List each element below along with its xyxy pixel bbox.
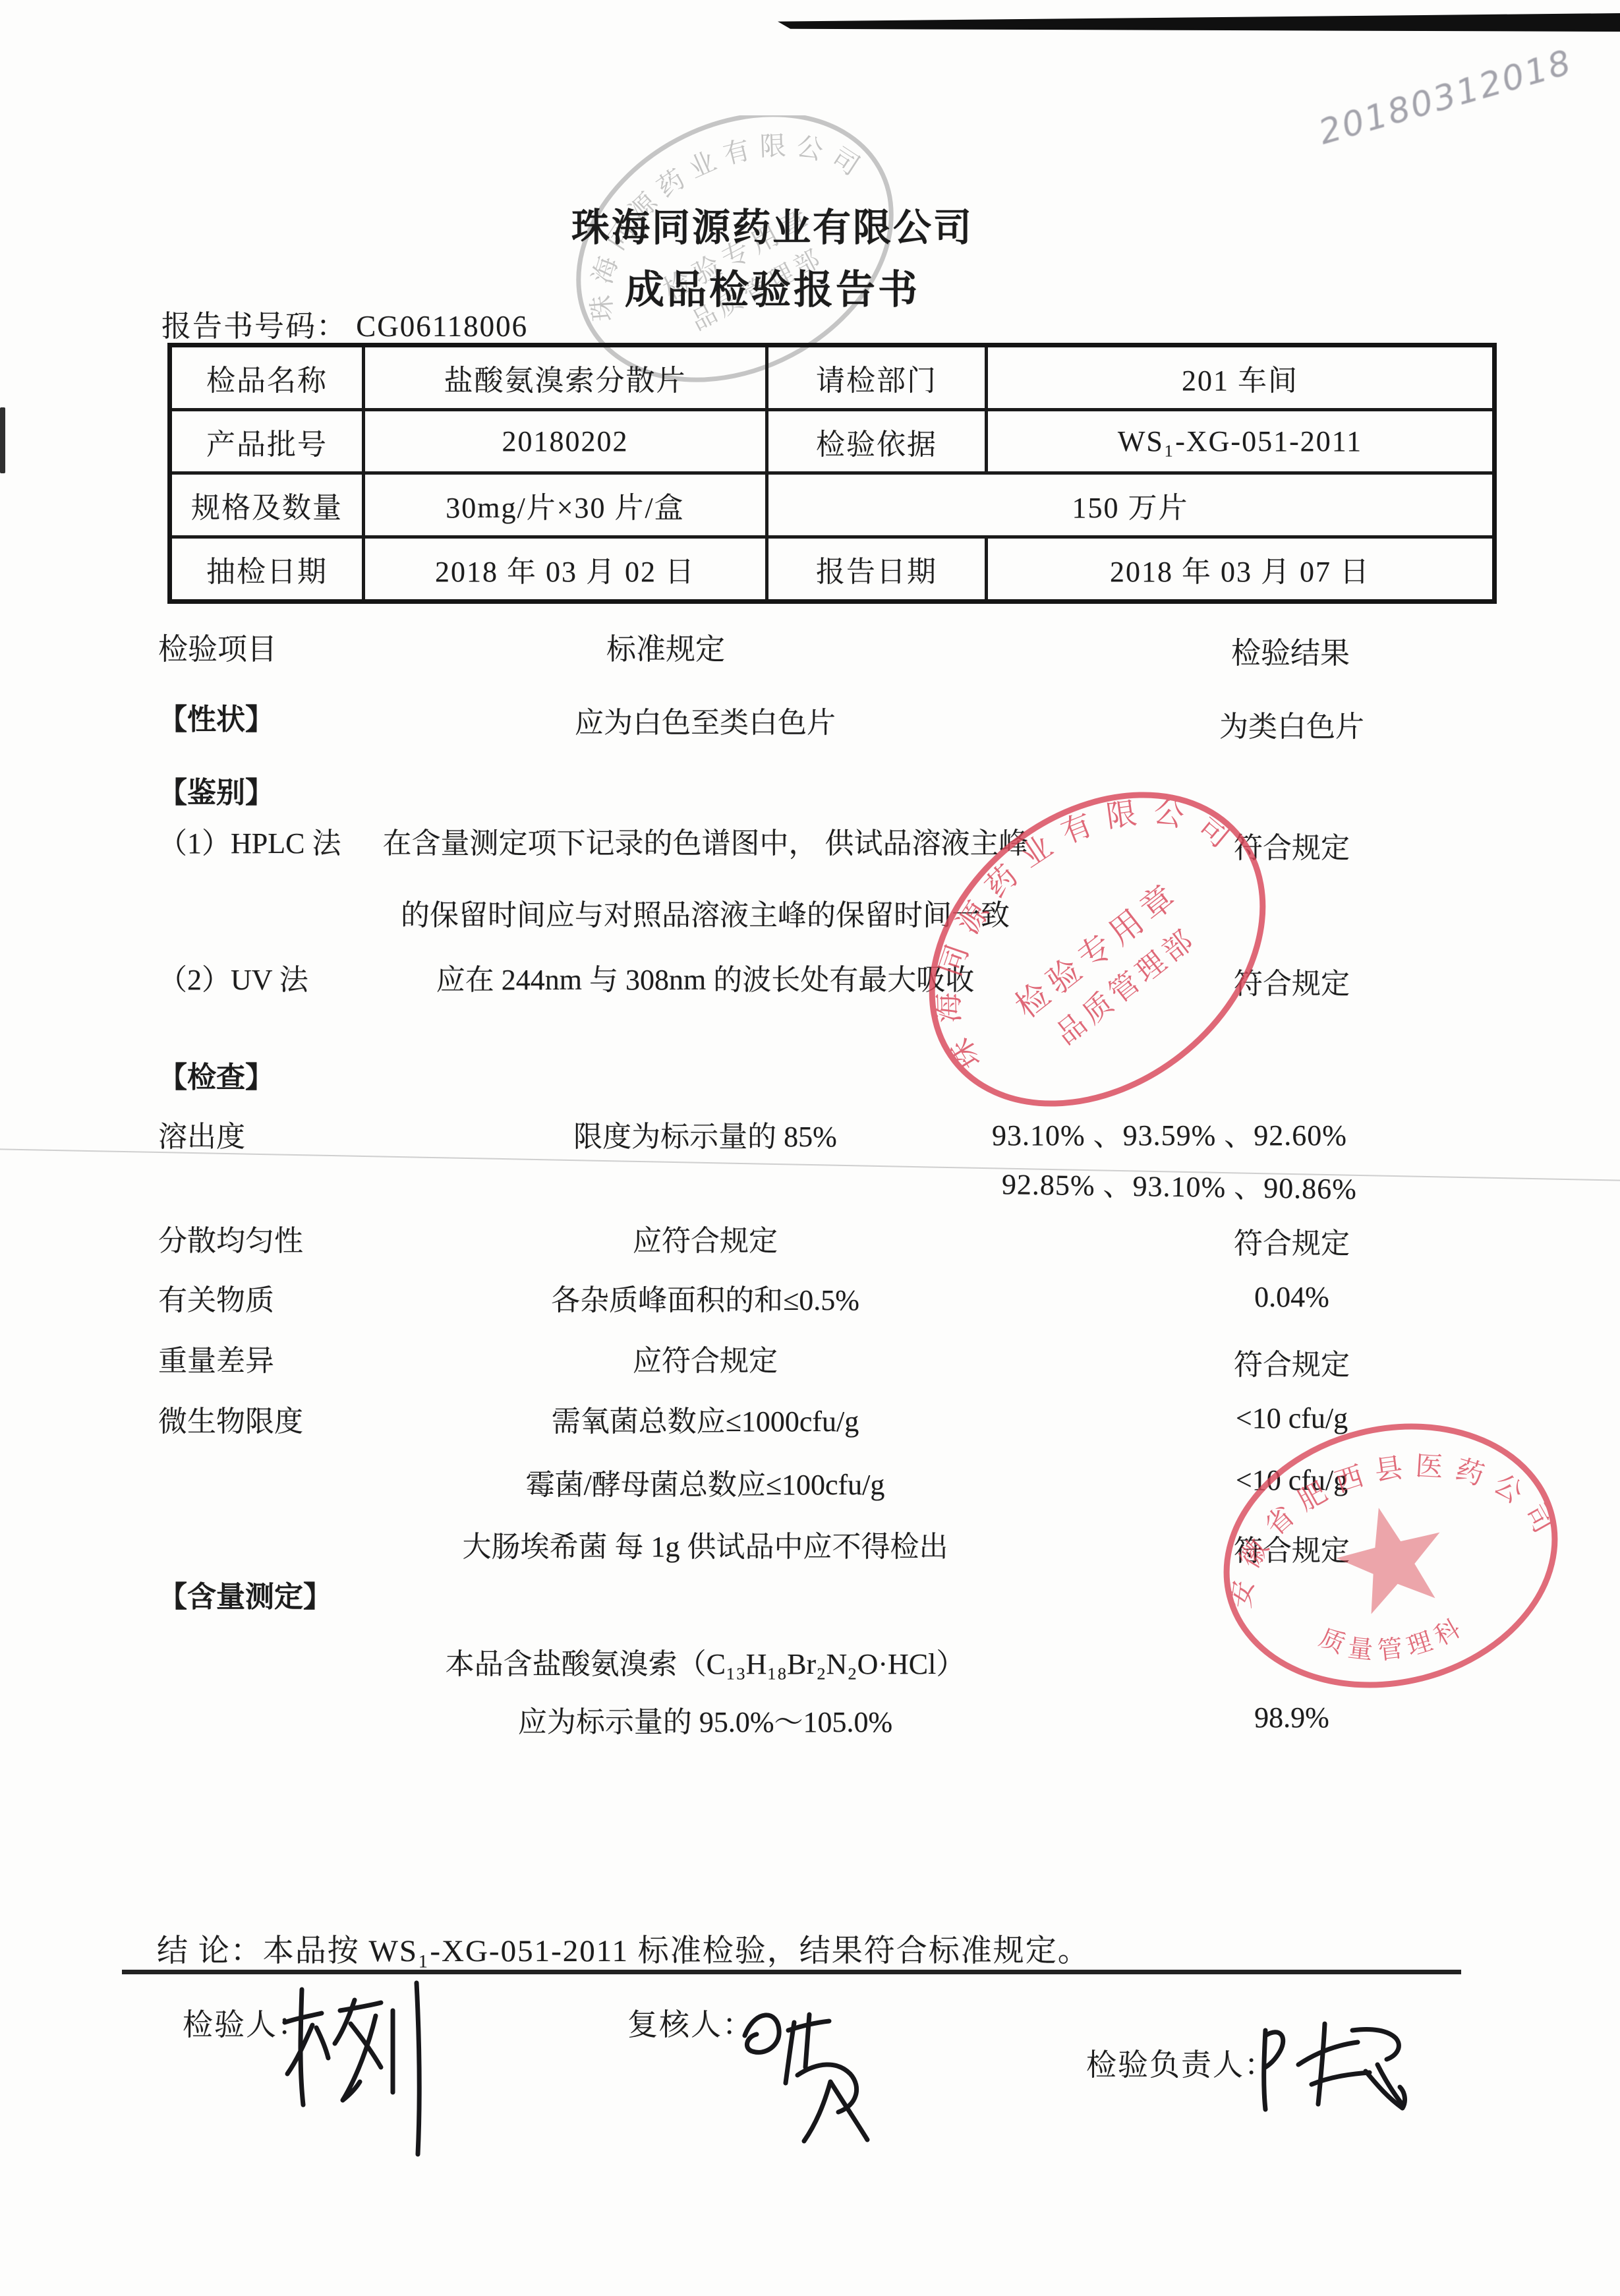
ecoli-standard: 大肠埃希菌 每 1g 供试品中应不得检出 bbox=[277, 1523, 1134, 1565]
table-row: 产品批号 20180202 检验依据 WS₁-XG-051-2011 bbox=[170, 409, 1495, 473]
mold-yeast-standard: 霉菌/酵母菌总数应≤100cfu/g bbox=[277, 1461, 1134, 1503]
dissolution-result-line1: 93.10% 、93.59% 、92.60% bbox=[992, 1111, 1347, 1154]
section-identification: 【鉴别】 bbox=[158, 769, 274, 811]
section-assay: 【含量测定】 bbox=[158, 1573, 332, 1615]
table-row: 规格及数量 30mg/片×30 片/盒 150 万片 bbox=[170, 473, 1495, 537]
aerobic-count-standard: 需氧菌总数应≤1000cfu/g bbox=[277, 1398, 1134, 1440]
col-header-result: 检验结果 bbox=[1231, 629, 1350, 672]
reviewer-signature bbox=[732, 1983, 890, 2161]
cell-value: 盐酸氨溴索分散片 bbox=[364, 345, 767, 410]
conclusion-line: 结 论：本品按 WS₁-XG-051-2011 标准检验，结果符合标准规定。 bbox=[157, 1926, 1090, 1970]
cell-value: 2018 年 03 月 02 日 bbox=[364, 537, 767, 602]
cell-label: 检品名称 bbox=[170, 345, 364, 410]
section-tests: 【检查】 bbox=[158, 1053, 274, 1096]
related-substances-result: 0.04% bbox=[1120, 1280, 1463, 1314]
inspector-signature bbox=[277, 1970, 455, 2167]
star-icon bbox=[1327, 1495, 1455, 1619]
cell-value: 30mg/片×30 片/盒 bbox=[364, 473, 767, 537]
supervisor-signature bbox=[1252, 2004, 1417, 2126]
col-header-standard: 标准规定 bbox=[606, 625, 725, 668]
assay-formula: 本品含盐酸氨溴索（C₁₃H₁₈Br₂N₂O·HCl） bbox=[277, 1640, 1134, 1682]
table-row: 抽检日期 2018 年 03 月 02 日 报告日期 2018 年 03 月 0… bbox=[170, 537, 1495, 602]
col-header-item: 检验项目 bbox=[158, 625, 277, 668]
dissolution-result-line2: 92.85% 、93.10% 、90.86% bbox=[1002, 1160, 1358, 1208]
medicine-company-stamp: 安徽省肥西县医药公司 质量管理科 bbox=[1206, 1407, 1575, 1704]
appearance-result: 为类白色片 bbox=[1120, 703, 1463, 745]
cell-value-merged: 150 万片 bbox=[767, 473, 1495, 537]
cell-label: 请检部门 bbox=[767, 345, 987, 410]
related-substances-standard: 各杂质峰面积的和≤0.5% bbox=[277, 1276, 1134, 1318]
scan-artifact-top-edge bbox=[778, 13, 1620, 32]
cell-label: 报告日期 bbox=[767, 537, 987, 602]
appearance-standard: 应为白色至类白色片 bbox=[277, 699, 1134, 741]
assay-result: 98.9% bbox=[1120, 1701, 1463, 1734]
dispersion-standard: 应符合规定 bbox=[277, 1217, 1134, 1259]
cell-label: 产品批号 bbox=[170, 409, 364, 473]
company-name-title: 珠海同源药业有限公司 bbox=[410, 196, 1135, 252]
report-number-value: CG06118006 bbox=[356, 310, 528, 343]
assay-range-standard: 应为标示量的 95.0%～105.0% bbox=[277, 1698, 1134, 1740]
item-weight-variation: 重量差异 bbox=[158, 1337, 274, 1379]
report-number-label: 报告书号码： bbox=[161, 310, 347, 343]
cell-label: 规格及数量 bbox=[170, 473, 364, 537]
weight-variation-standard: 应符合规定 bbox=[277, 1337, 1134, 1379]
cell-value: WS₁-XG-051-2011 bbox=[987, 409, 1495, 473]
sample-info-table: 检品名称 盐酸氨溴索分散片 请检部门 201 车间 产品批号 20180202 … bbox=[167, 343, 1492, 604]
cell-label: 抽检日期 bbox=[170, 537, 364, 602]
cell-value: 20180202 bbox=[364, 409, 767, 473]
report-number-line: 报告书号码： CG06118006 bbox=[161, 302, 528, 345]
item-related-substances: 有关物质 bbox=[158, 1276, 274, 1318]
dispersion-result: 符合规定 bbox=[1120, 1220, 1463, 1262]
weight-variation-result: 符合规定 bbox=[1120, 1341, 1463, 1383]
inspection-report-page: 20180312018 珠海同源药业有限公司 检验专用章 品质管理部 珠海同源药… bbox=[0, 0, 1620, 2296]
supervisor-label: 检验负责人： bbox=[1086, 2041, 1276, 2084]
item-dissolution: 溶出度 bbox=[158, 1113, 245, 1155]
cell-label: 检验依据 bbox=[767, 409, 987, 473]
handwritten-note: 20180312018 bbox=[1314, 42, 1577, 152]
scan-artifact-left-edge bbox=[0, 407, 5, 473]
section-appearance: 【性状】 bbox=[158, 695, 274, 738]
company-qc-stamp: 珠海同源药业有限公司 检验专用章 品质管理部 bbox=[900, 784, 1295, 1114]
cell-value: 201 车间 bbox=[987, 345, 1495, 410]
cell-value: 2018 年 03 月 07 日 bbox=[987, 537, 1495, 602]
table-row: 检品名称 盐酸氨溴索分散片 请检部门 201 车间 bbox=[170, 345, 1495, 410]
